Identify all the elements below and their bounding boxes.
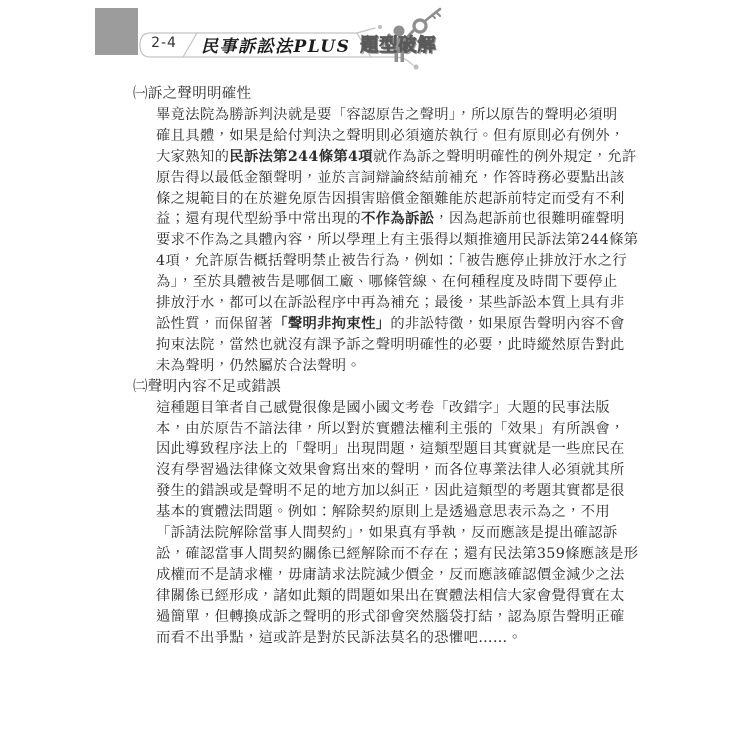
text-run: 的非訟特徵，如果原告聲明內容不會 — [390, 316, 624, 332]
decor-dot — [414, 65, 419, 70]
decor-dot — [378, 25, 382, 29]
text-line: 排放汙水，都可以在訴訟程序中再為補充；最後，某些訴訟本質上具有非 — [156, 293, 633, 314]
text-run: 訟，確認當事人間契約關係已經解除而不存在；還有民法第359條應該是形 — [156, 546, 638, 562]
text-line: 過簡單，但轉換成訴之聲明的形式卻會突然腦袋打結，認為原告聲明正確 — [156, 607, 633, 628]
text-line: 而看不出爭點，這或許是對於民訴法莫名的恐懼吧……。 — [156, 628, 633, 649]
book-title-group: 民事訴訟法PLUS 題型破解 — [201, 31, 436, 57]
text-run: 「訴請法院解除當事人間契約」，如果真有爭執，反而應該是提出確認訴 — [156, 525, 618, 541]
text-line: 因此導致程序法上的「聲明」出現問題，這類型題目其實就是一些庶民在 — [156, 439, 633, 460]
text-run: 而看不出爭點，這或許是對於民訴法莫名的恐懼吧……。 — [156, 630, 522, 646]
text-line: 成權而不是請求權，毋庸請求法院減少價金，反而應該確認價金減少之法 — [156, 565, 633, 586]
bold-text-run: 不作為訴訟 — [361, 211, 434, 227]
text-line: 條之規範目的在於避免原告因損害賠償金額難能於起訴前特定而受有不利 — [156, 189, 633, 210]
text-line: 確且具體，如果是給付判決之聲明則必須適於執行。但有原則必有例外， — [156, 126, 633, 147]
text-line: 沒有學習過法律條文效果會寫出來的聲明，而各位專業法律人必須就其所 — [156, 460, 633, 481]
text-line: 未為聲明，仍然屬於合法聲明。 — [156, 356, 633, 377]
text-line: 大家熟知的民訴法第244條第4項就作為訴之聲明明確性的例外規定，允許 — [156, 147, 633, 168]
text-run: 大家熟知的 — [156, 149, 229, 165]
text-line: 本，由於原告不諳法律，所以對於實體法權利主張的「效果」有所誤會， — [156, 419, 633, 440]
book-title: 民事訴訟法PLUS — [201, 32, 350, 57]
bold-text-run: 民訴法第244條第4項 — [229, 149, 373, 165]
text-line: 發生的錯誤或是聲明不足的地方加以糾正，因此這類型的考題其實都是很 — [156, 481, 633, 502]
text-run: 排放汙水，都可以在訴訟程序中再為補充；最後，某些訴訟本質上具有非 — [156, 295, 625, 311]
section-heading: ㈠訴之聲明明確性 — [133, 84, 633, 105]
text-run: 沒有學習過法律條文效果會寫出來的聲明，而各位專業法律人必須就其所 — [156, 462, 625, 478]
text-run: 因此導致程序法上的「聲明」出現問題，這類型題目其實就是一些庶民在 — [156, 441, 625, 457]
text-line: 4項，允許原告概括聲明禁止被告行為，例如：「被告應停止排放汙水之行 — [156, 251, 633, 272]
text-run: 為」，至於具體被告是哪個工廠、哪條管線、在何種程度及時間下要停止 — [156, 274, 618, 290]
text-run: 未為聲明，仍然屬於合法聲明。 — [156, 358, 361, 374]
section: ㈠訴之聲明明確性畢竟法院為勝訴判決就是要「容認原告之聲明」，所以原告的聲明必須明… — [133, 84, 633, 377]
text-run: 要求不作為之具體內容，所以學理上有主張得以類推適用民訴法第244條第 — [156, 232, 638, 248]
text-run: 本，由於原告不諳法律，所以對於實體法權利主張的「效果」有所誤會， — [156, 421, 625, 437]
text-run: 這種題目筆者自己感覺很像是國小國文考卷「改錯字」大題的民事法版 — [156, 400, 610, 416]
text-run: 拘束法院，當然也就沒有課予訴之聲明明確性的必要，此時縱然原告對此 — [156, 337, 625, 353]
text-run: 就作為訴之聲明明確性的例外規定，允許 — [373, 149, 637, 165]
text-line: 「訴請法院解除當事人間契約」，如果真有爭執，反而應該是提出確認訴 — [156, 523, 633, 544]
page-number: 2-4 — [144, 35, 184, 51]
paragraph: 畢竟法院為勝訴判決就是要「容認原告之聲明」，所以原告的聲明必須明確且具體，如果是… — [133, 105, 633, 377]
text-line: 這種題目筆者自己感覺很像是國小國文考卷「改錯字」大題的民事法版 — [156, 398, 633, 419]
text-run: 訟性質，而保留著 — [156, 316, 273, 332]
page-header: 2-4 民事訴訟法PLUS 題型破解 — [0, 0, 750, 84]
text-run: 過簡單，但轉換成訴之聲明的形式卻會突然腦袋打結，認為原告聲明正確 — [156, 609, 625, 625]
text-line: 律關係已經形成，諸如此類的問題如果出在實體法相信大家會覺得實在太 — [156, 586, 633, 607]
text-run: 律關係已經形成，諸如此類的問題如果出在實體法相信大家會覺得實在太 — [156, 588, 625, 604]
text-run: 確且具體，如果是給付判決之聲明則必須適於執行。但有原則必有例外， — [156, 128, 625, 144]
text-line: 益；還有現代型紛爭中常出現的不作為訴訟，因為起訴前也很難明確聲明 — [156, 209, 633, 230]
section-heading: ㈡聲明內容不足或錯誤 — [133, 377, 633, 398]
bold-text-run: 「聲明非拘束性」 — [273, 316, 390, 332]
text-run: 原告得以最低金額聲明，並於言詞辯論終結前補充，作答時務必要點出該 — [156, 170, 625, 186]
book-page: 2-4 民事訴訟法PLUS 題型破解 ㈠訴之聲明明確性畢竟法院為勝訴判決就是要「… — [0, 0, 750, 750]
text-run: 基本的實體法問題。例如：解除契約原則上是透過意思表示為之，不用 — [156, 504, 610, 520]
text-line: 訟性質，而保留著「聲明非拘束性」的非訟特徵，如果原告聲明內容不會 — [156, 314, 633, 335]
text-run: 畢竟法院為勝訴判決就是要「容認原告之聲明」，所以原告的聲明必須明 — [156, 107, 618, 123]
text-line: 畢竟法院為勝訴判決就是要「容認原告之聲明」，所以原告的聲明必須明 — [156, 105, 633, 126]
text-line: 訟，確認當事人間契約關係已經解除而不存在；還有民法第359條應該是形 — [156, 544, 633, 565]
text-line: 拘束法院，當然也就沒有課予訴之聲明明確性的必要，此時縱然原告對此 — [156, 335, 633, 356]
section: ㈡聲明內容不足或錯誤這種題目筆者自己感覺很像是國小國文考卷「改錯字」大題的民事法… — [133, 377, 633, 649]
text-line: 為」，至於具體被告是哪個工廠、哪條管線、在何種程度及時間下要停止 — [156, 272, 633, 293]
book-subtitle: 題型破解 — [360, 31, 436, 57]
text-line: 要求不作為之具體內容，所以學理上有主張得以類推適用民訴法第244條第 — [156, 230, 633, 251]
text-run: 益；還有現代型紛爭中常出現的 — [156, 211, 361, 227]
text-run: 4項，允許原告概括聲明禁止被告行為，例如：「被告應停止排放汙水之行 — [156, 253, 627, 269]
text-run: 發生的錯誤或是聲明不足的地方加以糾正，因此這類型的考題其實都是很 — [156, 483, 625, 499]
text-run: 成權而不是請求權，毋庸請求法院減少價金，反而應該確認價金減少之法 — [156, 567, 625, 583]
text-run: 條之規範目的在於避免原告因損害賠償金額難能於起訴前特定而受有不利 — [156, 191, 625, 207]
text-line: 基本的實體法問題。例如：解除契約原則上是透過意思表示為之，不用 — [156, 502, 633, 523]
page-body: ㈠訴之聲明明確性畢竟法院為勝訴判決就是要「容認原告之聲明」，所以原告的聲明必須明… — [133, 84, 633, 648]
text-run: ，因為起訴前也很難明確聲明 — [434, 211, 624, 227]
text-line: 原告得以最低金額聲明，並於言詞辯論終結前補充，作答時務必要點出該 — [156, 168, 633, 189]
paragraph: 這種題目筆者自己感覺很像是國小國文考卷「改錯字」大題的民事法版本，由於原告不諳法… — [133, 398, 633, 649]
